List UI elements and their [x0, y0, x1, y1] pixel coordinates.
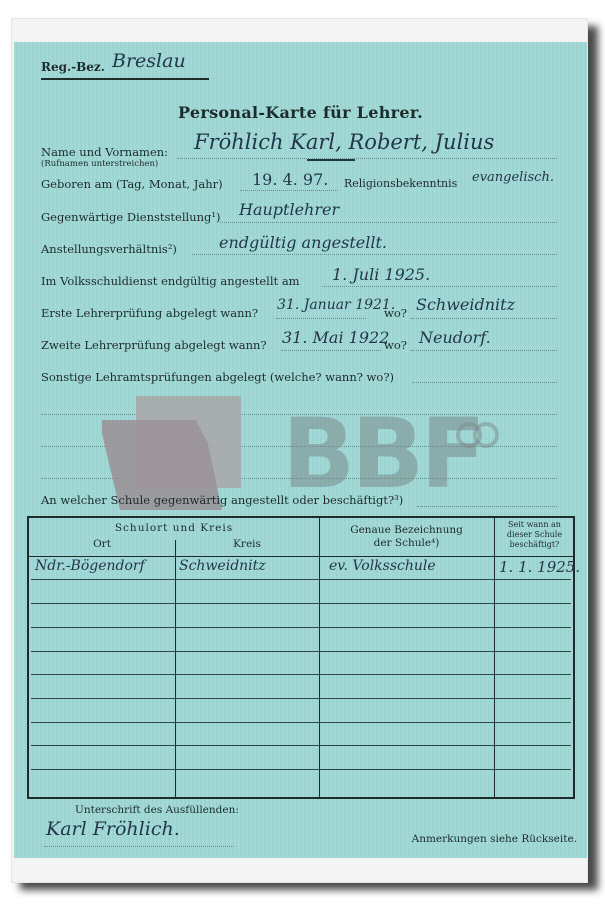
header-seit-line3: beschäftigt?	[494, 540, 575, 549]
row-line	[31, 627, 571, 628]
row-line	[31, 603, 571, 604]
birth-label: Geboren am (Tag, Monat, Jahr)	[41, 177, 223, 191]
row1-ort: Ndr.-Bögendorf	[35, 558, 145, 574]
row-line	[31, 579, 571, 580]
header-schule-line2: der Schule⁴)	[319, 537, 494, 549]
row-line	[31, 651, 571, 652]
religion-value: evangelisch.	[472, 170, 554, 185]
position-value: Hauptlehrer	[239, 200, 339, 219]
exam2-value: 31. Mai 1922	[282, 328, 389, 347]
current-school-label: An welcher Schule gegenwärtig angestellt…	[41, 493, 403, 507]
blank-dotted-line-3	[41, 478, 557, 479]
position-label: Gegenwärtige Dienststellung¹)	[41, 210, 220, 224]
signature-label: Unterschrift des Ausfüllenden:	[75, 804, 239, 816]
row-line	[31, 745, 571, 746]
reg-bez-label: Reg.-Bez.	[41, 60, 105, 74]
current-school-dotted-line	[417, 506, 557, 507]
name-label: Name und Vornamen:	[41, 145, 168, 159]
row1-schule: ev. Volksschule	[329, 558, 436, 574]
other-exams-dotted-line	[412, 382, 557, 383]
blank-dotted-line-1	[41, 414, 557, 415]
exam2-label: Zweite Lehrerprüfung abgelegt wann?	[41, 338, 267, 352]
col-divider-kreis-schule	[319, 518, 320, 797]
other-exams-label: Sonstige Lehramtsprüfungen abgelegt (wel…	[41, 370, 394, 384]
birth-value: 19. 4. 97.	[252, 170, 328, 189]
exam1-dotted-line	[276, 318, 366, 319]
card-title: Personal-Karte für Lehrer.	[14, 103, 587, 122]
permanent-dotted-line	[322, 286, 557, 287]
birth-dotted-line	[240, 190, 338, 191]
position-dotted-line	[220, 222, 557, 223]
permanent-label: Im Volksschuldienst endgültig angestellt…	[41, 274, 300, 288]
exam2-dotted-line	[281, 350, 381, 351]
rufname-underline	[307, 159, 355, 161]
employment-label: Anstellungsverhältnis²)	[41, 242, 177, 256]
watermark-text: BBF	[282, 406, 482, 502]
signature-value: Karl Fröhlich.	[46, 818, 180, 840]
exam1-where-label: wo?	[384, 306, 407, 320]
header-seit-line1: Seit wann an	[494, 520, 575, 529]
notes-reference: Anmerkungen siehe Rückseite.	[412, 833, 577, 845]
row-line	[31, 698, 571, 699]
row-line	[31, 722, 571, 723]
row1-kreis: Schweidnitz	[179, 558, 266, 574]
watermark-ring-icon	[473, 422, 499, 448]
header-kreis: Kreis	[175, 538, 319, 550]
exam2-where-dotted-line	[411, 350, 557, 351]
reg-bez-value: Breslau	[112, 50, 186, 72]
row-line	[31, 769, 571, 770]
header-schule-line1: Genaue Bezeichnung	[319, 524, 494, 536]
religion-label: Religionsbekenntnis	[344, 177, 457, 190]
signature-dotted-line	[44, 846, 234, 847]
name-dotted-line	[177, 158, 557, 159]
exam1-where-value: Schweidnitz	[416, 295, 515, 314]
exam2-where-value: Neudorf.	[419, 328, 491, 347]
exam1-where-dotted-line	[411, 318, 557, 319]
employment-value: endgültig angestellt.	[219, 233, 387, 252]
watermark-logo-back	[136, 396, 241, 488]
blank-dotted-line-2	[41, 446, 557, 447]
school-table: Schulort und Kreis Ort Kreis Genaue Beze…	[27, 516, 575, 799]
header-seit-line2: dieser Schule	[494, 530, 575, 539]
permanent-value: 1. Juli 1925.	[332, 265, 430, 284]
row1-seit: 1. 1. 1925.	[499, 558, 580, 576]
employment-dotted-line	[192, 254, 557, 255]
name-value: Fröhlich Karl, Robert, Julius	[194, 130, 494, 154]
row-line	[31, 674, 571, 675]
reg-bez-underline	[41, 78, 209, 80]
exam2-where-label: wo?	[384, 338, 407, 352]
watermark-ring-icon	[456, 422, 482, 448]
header-ort: Ort	[29, 538, 175, 550]
name-sublabel: (Rufnamen unterstreichen)	[41, 159, 158, 169]
col-divider-schule-seit	[494, 518, 495, 797]
personnel-card: Reg.-Bez. Breslau Personal-Karte für Leh…	[14, 42, 587, 858]
header-divider	[29, 556, 573, 557]
exam1-label: Erste Lehrerprüfung abgelegt wann?	[41, 306, 258, 320]
exam1-value: 31. Januar 1921.	[277, 297, 395, 313]
header-schulort-kreis: Schulort und Kreis	[29, 522, 319, 534]
